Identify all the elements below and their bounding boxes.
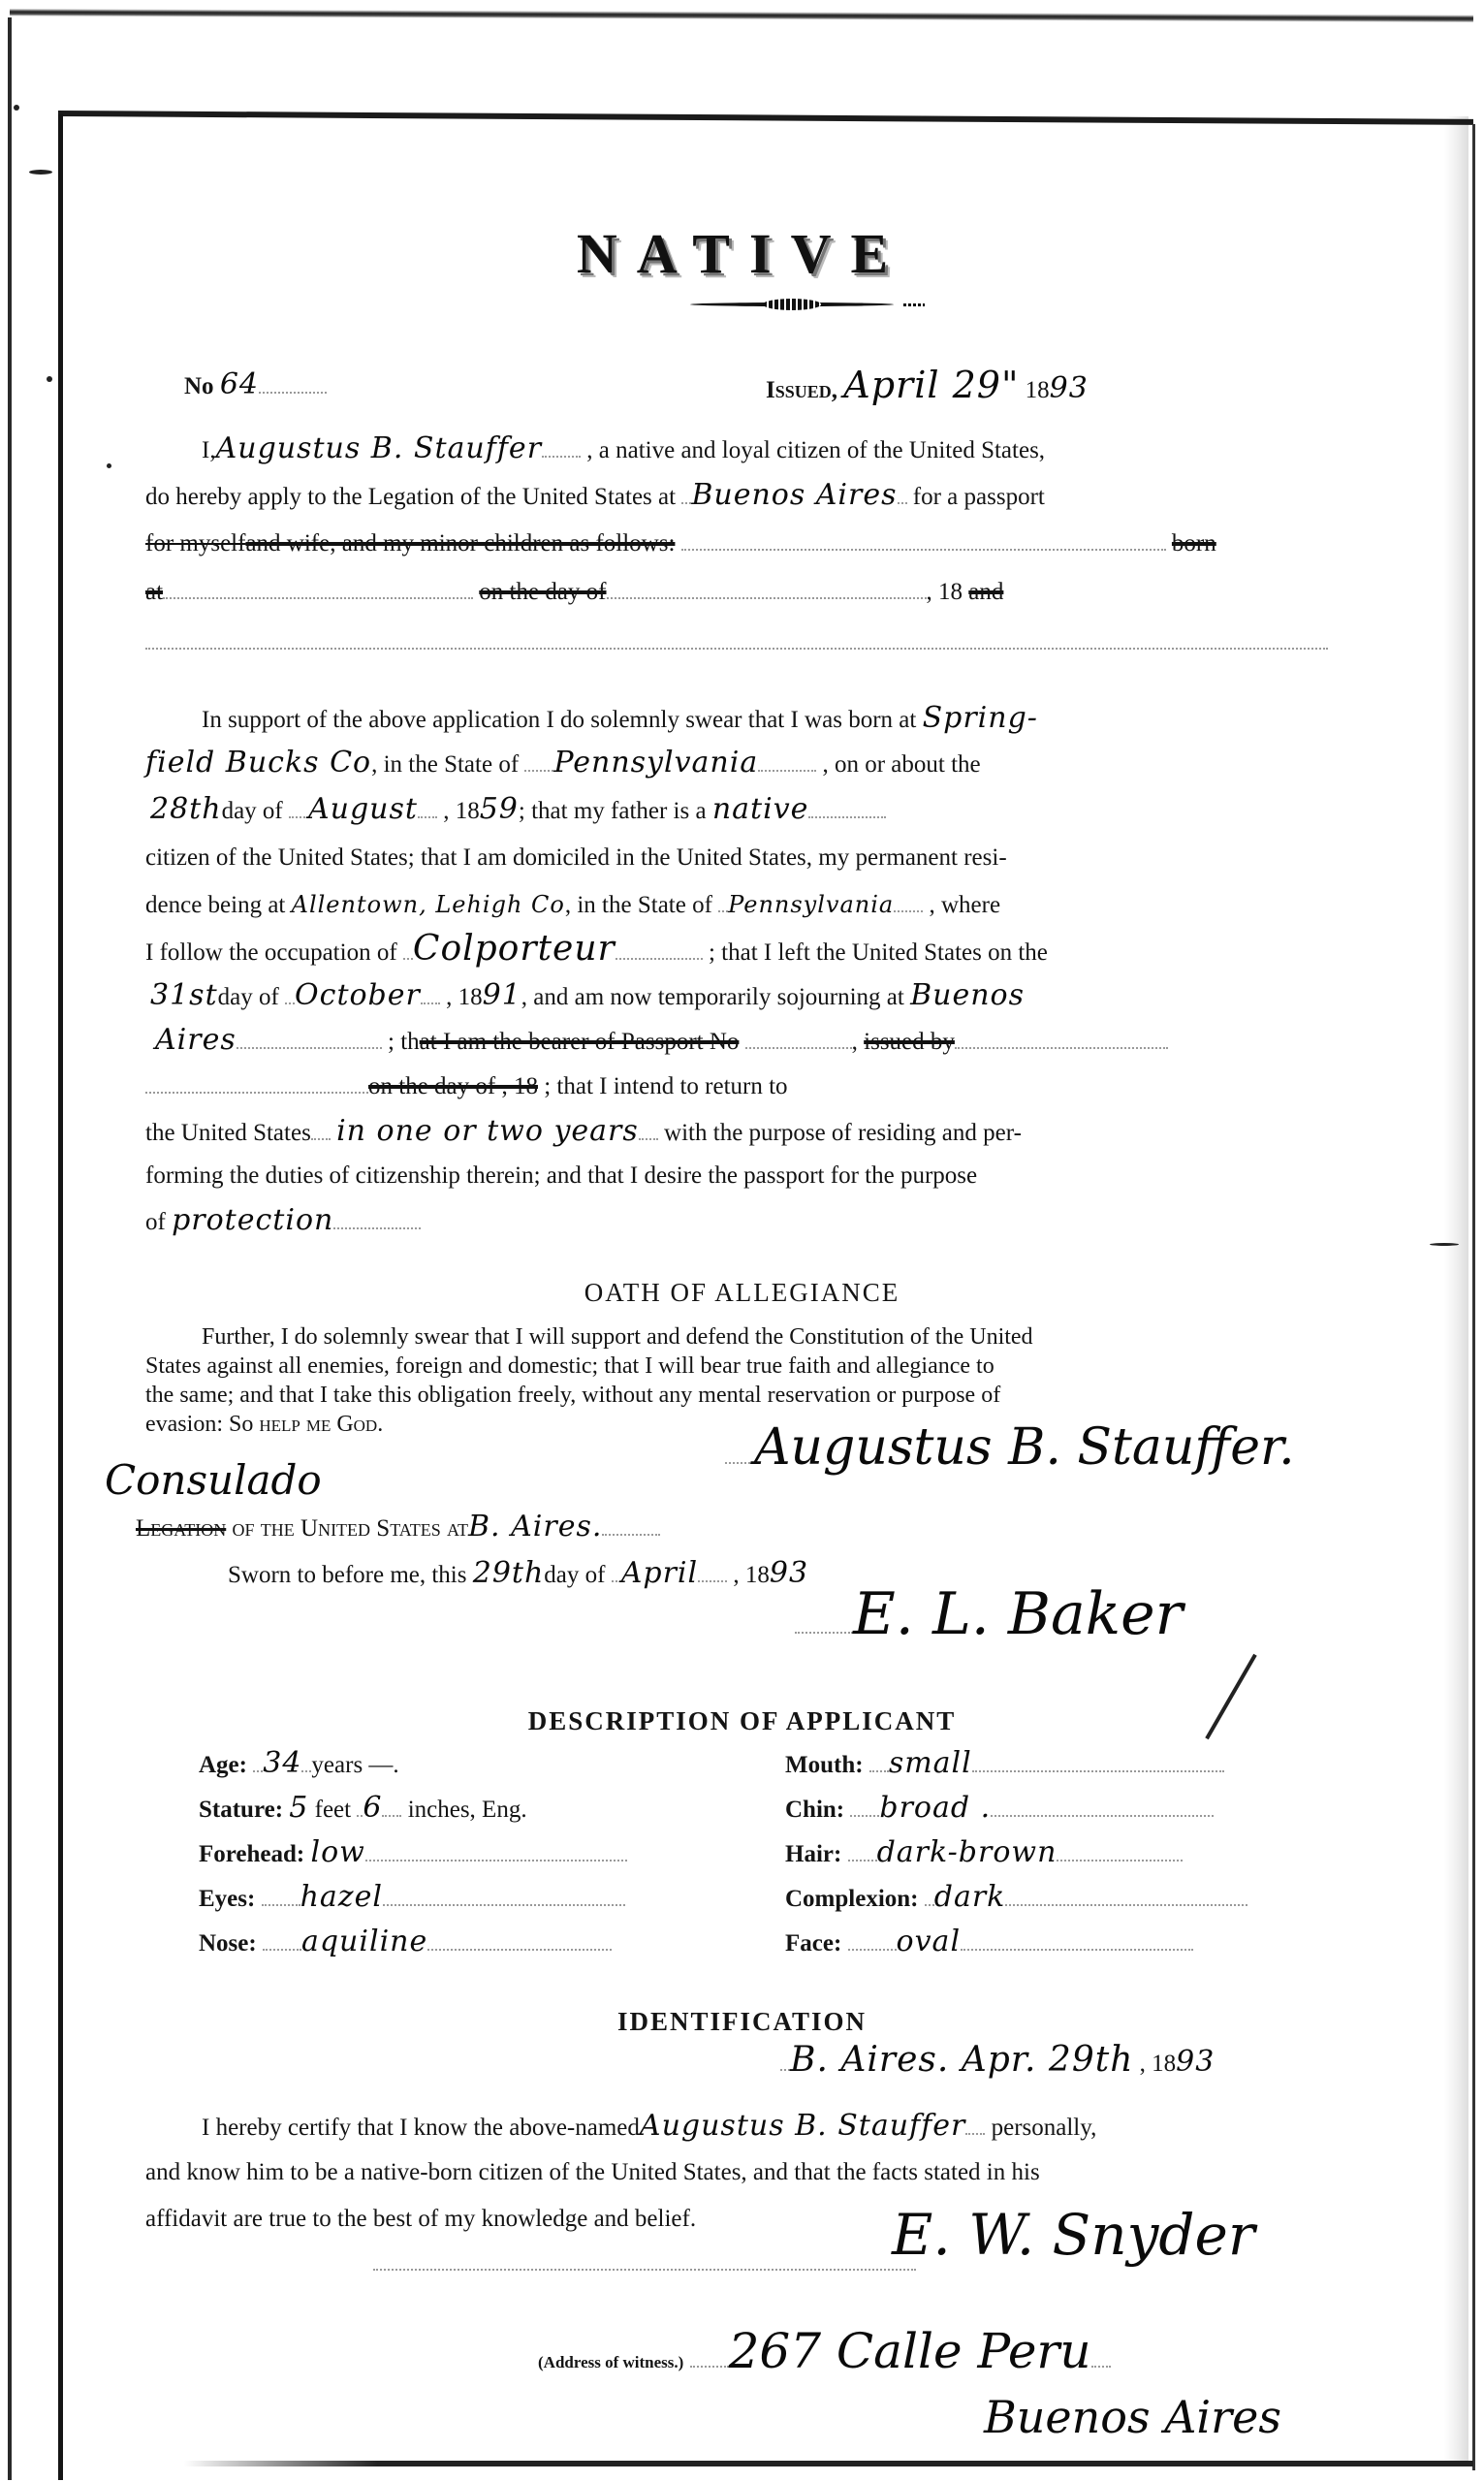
birthplace-cont: field Bucks Co <box>145 746 371 780</box>
official-signature-row: E. L. Baker <box>795 1600 1183 1641</box>
oath-line-2: States against all enemies, foreign and … <box>145 1352 995 1381</box>
official-signature: E. L. Baker <box>853 1580 1183 1648</box>
desc-age: Age: 34years —. <box>199 1749 399 1780</box>
affidavit-line-7: 31stday of October , 1891, and am now te… <box>150 981 1025 1012</box>
border-bottom <box>184 2461 1473 2466</box>
affidavit-line-5: dence being at Allentown, Lehigh Co, in … <box>145 890 1000 920</box>
form-title: NATIVE <box>0 221 1484 286</box>
identification-heading: IDENTIFICATION <box>0 2007 1484 2037</box>
binding-mark <box>1430 1243 1459 1246</box>
number-label: No <box>184 373 214 399</box>
residence: Allentown, Lehigh Co <box>292 891 565 918</box>
desc-stature: Stature: 5 feet 6 inches, Eng. <box>199 1794 527 1825</box>
blank-line <box>145 628 1328 657</box>
legation-place: B. Aires. <box>468 1510 602 1543</box>
applicant-signature: Augustus B. Stauffer. <box>754 1418 1295 1477</box>
purpose: protection <box>172 1203 333 1237</box>
identification-line-1: I hereby certify that I know the above-n… <box>202 2112 1096 2143</box>
desc-mouth: Mouth: small <box>785 1749 1224 1780</box>
consulado-handwritten: Consulado <box>105 1456 322 1504</box>
birth-state: Pennsylvania <box>553 746 758 780</box>
application-line-4: at on the day of, 18 and <box>145 578 1003 607</box>
identification-date: B. Aires. Apr. 29th , 1893 <box>780 2046 1215 2079</box>
desc-nose: Nose: aquiline <box>199 1927 612 1958</box>
oath-line-1: Further, I do solemnly swear that I will… <box>202 1322 1033 1352</box>
issued-label: Issued, <box>766 377 837 403</box>
address-label: (Address of witness.) <box>538 2353 683 2371</box>
witness-address-line2: Buenos Aires <box>984 2391 1281 2443</box>
affidavit-line-3: 28thday of August , 1859; that my father… <box>150 795 886 826</box>
birth-month: August <box>308 792 418 826</box>
affidavit-line-12: of protection <box>145 1206 421 1237</box>
desc-forehead: Forehead: low <box>199 1838 627 1869</box>
desc-chin: Chin: broad . <box>785 1794 1214 1825</box>
named-person: Augustus B. Stauffer <box>640 2109 965 2143</box>
binding-mark <box>14 105 19 111</box>
issued-year-prefix: 18 <box>1026 377 1050 403</box>
witness-address-line1: 267 Calle Peru <box>729 2323 1091 2379</box>
affidavit-line-10: the United States in one or two years wi… <box>145 1117 1022 1148</box>
desc-eyes: Eyes: hazel <box>199 1883 625 1914</box>
binding-mark <box>47 376 52 382</box>
issued-row: Issued, April 29" 1893 <box>766 370 1089 405</box>
affidavit-line-4: citizen of the United States; that I am … <box>145 843 1007 873</box>
sworn-day: 29th <box>473 1556 545 1590</box>
oath-heading: OATH OF ALLEGIANCE <box>0 1278 1484 1308</box>
sworn-line: Sworn to before me, this 29thday of Apri… <box>228 1559 808 1590</box>
inner-border-top <box>58 111 1473 125</box>
birthplace: Spring- <box>923 701 1038 735</box>
consulado-note: Consulado <box>105 1466 322 1502</box>
title-ornament <box>690 299 894 310</box>
sojourn-place: Buenos <box>910 978 1025 1012</box>
left-day: 31st <box>150 978 218 1012</box>
oath-line-4: evasion: So help me God. <box>145 1410 383 1439</box>
desc-face: Face: oval <box>785 1927 1193 1958</box>
affidavit-line-6: I follow the occupation of Colporteur ; … <box>145 935 1048 968</box>
applicant-name: Augustus B. Stauffer <box>216 431 542 465</box>
form-number-row: No 64 <box>184 370 327 401</box>
outer-border-top <box>10 9 1473 23</box>
affidavit-line-11: forming the duties of citizenship therei… <box>145 1161 977 1191</box>
left-month: October <box>295 978 421 1012</box>
binding-mark <box>107 463 111 468</box>
witness-signature: E. W. Snyder <box>892 2202 1255 2268</box>
application-line-1: I,Augustus B. Stauffer , a native and lo… <box>202 434 1045 465</box>
desc-complexion: Complexion: dark <box>785 1883 1247 1914</box>
return-time: in one or two years <box>336 1114 639 1148</box>
identification-line-2: and know him to be a native-born citizen… <box>145 2158 1040 2187</box>
witness-address-row-2: Buenos Aires <box>984 2402 1281 2440</box>
identification-place-date: B. Aires. Apr. 29th <box>790 2040 1133 2080</box>
birth-day: 28th <box>150 792 222 826</box>
affidavit-line-9: on the day of , 18 ; that I intend to re… <box>145 1072 788 1101</box>
number-value: 64 <box>220 367 259 401</box>
binding-mark <box>29 170 52 175</box>
outer-border-left <box>8 17 12 2480</box>
witness-signature-line <box>373 2249 916 2278</box>
witness-signature-wrap: E. W. Snyder <box>892 2220 1255 2262</box>
issued-date: April 29" <box>843 364 1019 406</box>
left-year: 91 <box>483 978 521 1012</box>
applicant-signature-row: Augustus B. Stauffer. <box>725 1433 1295 1472</box>
witness-address-row: (Address of witness.) 267 Calle Peru <box>538 2337 1111 2377</box>
application-line-2: do hereby apply to the Legation of the U… <box>145 481 1045 512</box>
sworn-year: 93 <box>770 1556 808 1590</box>
oath-line-3: the same; and that I take this obligatio… <box>145 1381 1000 1410</box>
description-heading: DESCRIPTION OF APPLICANT <box>0 1706 1484 1736</box>
occupation: Colporteur <box>413 929 616 969</box>
sworn-month: April <box>621 1556 698 1590</box>
application-line-3: for myselfand wife, and my minor childre… <box>145 529 1216 558</box>
affidavit-line-1: In support of the above application I do… <box>202 704 1038 735</box>
issued-year-suffix: 93 <box>1050 371 1089 405</box>
legation-line: Legation of the United States atB. Aires… <box>136 1512 660 1543</box>
father-status: native <box>712 792 809 826</box>
residence-state: Pennsylvania <box>728 891 894 918</box>
affidavit-line-2: field Bucks Co, in the State of Pennsylv… <box>145 748 981 780</box>
affidavit-line-8: Aires ; that I am the bearer of Passport… <box>155 1026 1168 1057</box>
legation-location: Buenos Aires <box>691 478 897 512</box>
birth-year: 59 <box>480 792 519 826</box>
sojourn-place-cont: Aires <box>155 1023 237 1057</box>
desc-hair: Hair: dark-brown <box>785 1838 1183 1869</box>
